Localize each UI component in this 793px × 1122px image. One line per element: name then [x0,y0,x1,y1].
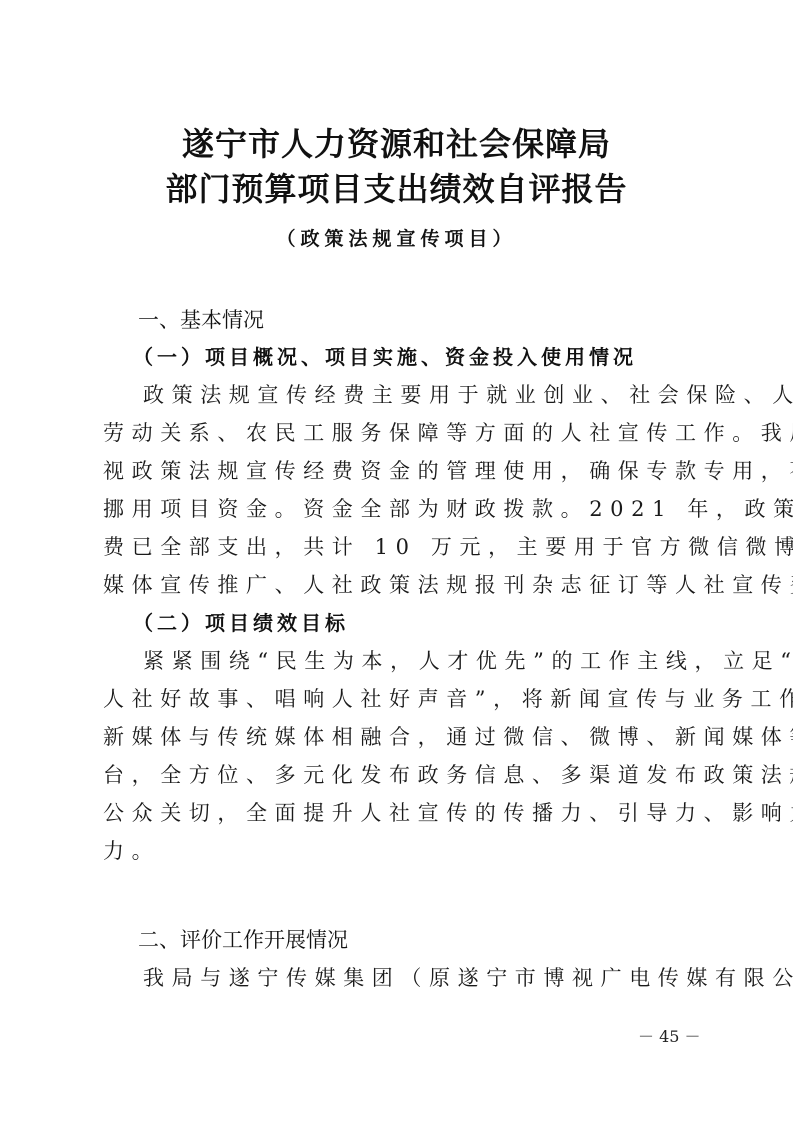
paragraph-line: 我局与遂宁传媒集团（原遂宁市博视广电传媒有限公司）从 [143,963,703,993]
paragraph-line: 人社好故事、唱响人社好声音”，将新闻宣传与业务工作相融合、 [103,684,703,714]
document-page: 遂宁市人力资源和社会保障局 部门预算项目支出绩效自评报告 （政策法规宣传项目） … [0,0,793,1122]
page-number: － 45 － [638,1024,701,1047]
subsection-heading-overview: （一）项目概况、项目实施、资金投入使用情况 [133,342,637,372]
paragraph-line: 公众关切，全面提升人社宣传的传播力、引导力、影响力、公信 [103,798,703,828]
paragraph-line: 挪用项目资金。资金全部为财政拨款。2021 年，政策法规宣传经 [103,494,703,524]
paragraph-line: 政策法规宣传经费主要用于就业创业、社会保险、人事人才、 [143,380,703,410]
document-title-line-1: 遂宁市人力资源和社会保障局 [0,122,793,166]
section-heading-basic-info: 一、基本情况 [138,305,264,335]
paragraph-line: 台，全方位、多元化发布政务信息、多渠道发布政策法规，回应 [103,760,703,790]
paragraph-line: 紧紧围绕“民生为本，人才优先”的工作主线，立足“讲好 [143,646,703,676]
paragraph-line: 费已全部支出，共计 10 万元，主要用于官方微信微博运维、新闻 [103,532,703,562]
document-subtitle: （政策法规宣传项目） [0,224,793,251]
paragraph-line: 劳动关系、农民工服务保障等方面的人社宣传工作。我局高度重 [103,418,703,448]
subsection-heading-performance-goals: （二）项目绩效目标 [133,608,349,638]
paragraph-line: 新媒体与传统媒体相融合，通过微信、微博、新闻媒体等宣传平 [103,722,703,752]
document-title-line-2: 部门预算项目支出绩效自评报告 [0,167,793,211]
paragraph-line: 视政策法规宣传经费资金的管理使用，确保专款专用，不得挤占 [103,456,703,486]
paragraph-line: 力。 [103,836,703,866]
paragraph-line: 媒体宣传推广、人社政策法规报刊杂志征订等人社宣传费用支出。 [103,570,703,600]
section-heading-evaluation: 二、评价工作开展情况 [138,925,348,955]
